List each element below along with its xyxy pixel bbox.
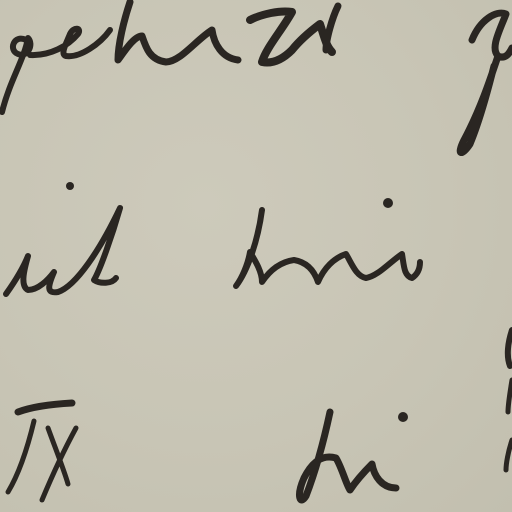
handwriting-kein <box>236 198 420 286</box>
handwriting-gebracht <box>2 2 338 112</box>
manuscript-page: gebracht z ist kein IX di <box>0 0 512 512</box>
handwriting-IX <box>8 403 76 500</box>
handwriting-di <box>300 412 408 500</box>
handwriting-edge-fragment <box>506 330 512 470</box>
handwriting-ist <box>6 182 120 294</box>
handwriting-z <box>460 13 512 152</box>
handwriting-strokes <box>0 0 512 512</box>
